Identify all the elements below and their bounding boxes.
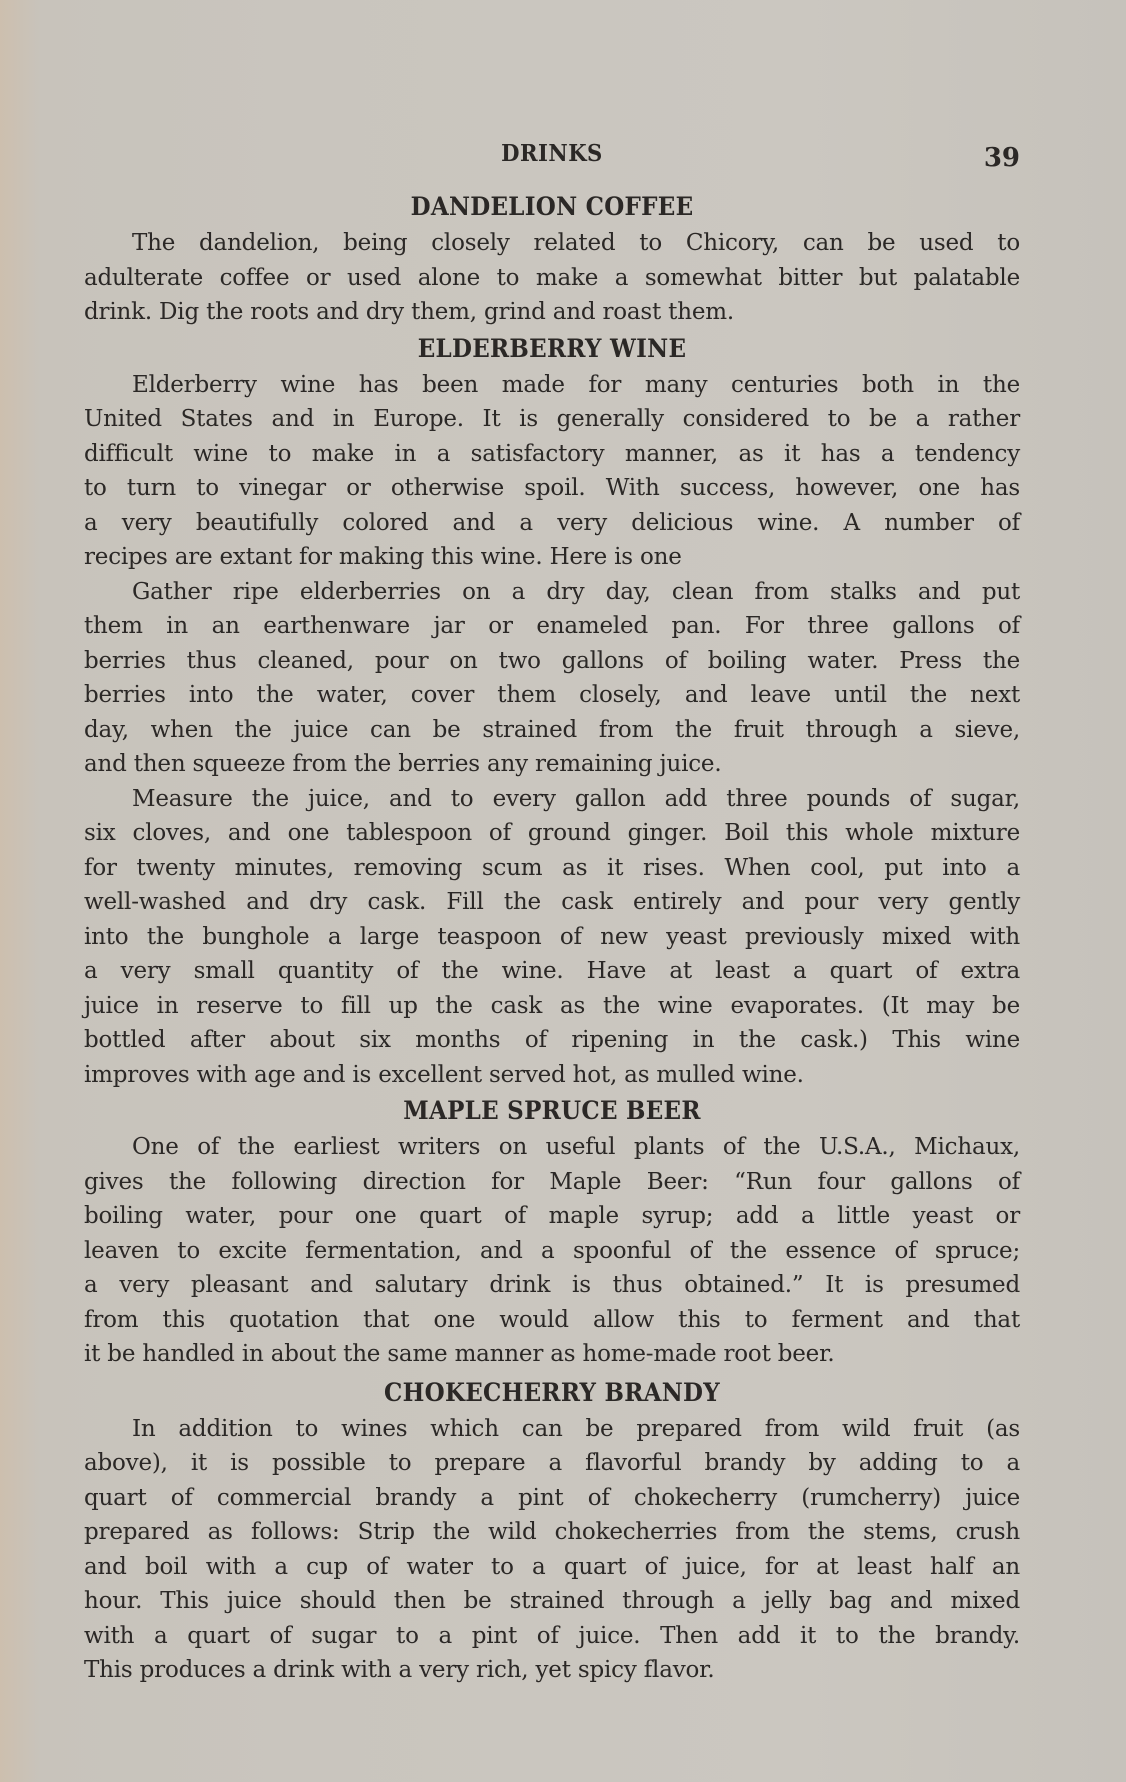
text-line: a very pleasant and salutary drink is th… — [84, 1268, 1020, 1303]
text-line: six cloves, and one tablespoon of ground… — [84, 816, 1020, 851]
paragraph: Gather ripe elderberries on a dry day, c… — [84, 575, 1020, 782]
text-line: quart of commercial brandy a pint of cho… — [84, 1481, 1020, 1516]
text-line: The dandelion, being closely related to … — [84, 226, 1020, 261]
text-line: gives the following direction for Maple … — [84, 1165, 1020, 1200]
text-line: Elderberry wine has been made for many c… — [84, 368, 1020, 403]
text-line: United States and in Europe. It is gener… — [84, 402, 1020, 437]
section-elderberry-wine: ELDERBERRY WINE Elderberry wine has been… — [84, 332, 1020, 1093]
paragraph: Measure the juice, and to every gallon a… — [84, 782, 1020, 1093]
text-line: to turn to vinegar or otherwise spoil. W… — [84, 471, 1020, 506]
text-line: and boil with a cup of water to a quart … — [84, 1550, 1020, 1585]
text-line: bottled after about six months of ripeni… — [84, 1023, 1020, 1058]
text-line: In addition to wines which can be prepar… — [84, 1412, 1020, 1447]
text-line: juice in reserve to fill up the cask as … — [84, 989, 1020, 1024]
text-line: for twenty minutes, removing scum as it … — [84, 851, 1020, 886]
text-line: well-washed and dry cask. Fill the cask … — [84, 885, 1020, 920]
section-title: MAPLE SPRUCE BEER — [121, 1094, 982, 1130]
section-maple-spruce-beer: MAPLE SPRUCE BEER One of the earliest wr… — [84, 1094, 1020, 1372]
text-line: it be handled in about the same manner a… — [84, 1337, 1020, 1372]
book-page: DRINKS 39 DANDELION COFFEE The dandelion… — [0, 0, 1126, 1782]
text-line: Measure the juice, and to every gallon a… — [84, 782, 1020, 817]
text-line: recipes are extant for making this wine.… — [84, 540, 1020, 575]
paragraph: Elderberry wine has been made for many c… — [84, 368, 1020, 575]
text-line: improves with age and is excellent serve… — [84, 1058, 1020, 1093]
page-number: 39 — [984, 143, 1020, 173]
section-dandelion-coffee: DANDELION COFFEE The dandelion, being cl… — [84, 190, 1020, 330]
text-line: day, when the juice can be strained from… — [84, 713, 1020, 748]
text-line: with a quart of sugar to a pint of juice… — [84, 1619, 1020, 1654]
text-line: above), it is possible to prepare a flav… — [84, 1446, 1020, 1481]
paragraph: In addition to wines which can be prepar… — [84, 1412, 1020, 1688]
paragraph: One of the earliest writers on useful pl… — [84, 1130, 1020, 1372]
text-line: berries into the water, cover them close… — [84, 678, 1020, 713]
text-line: a very beautifully colored and a very de… — [84, 506, 1020, 541]
text-line: hour. This juice should then be strained… — [84, 1584, 1020, 1619]
section-title: CHOKECHERRY BRANDY — [121, 1376, 982, 1412]
text-line: adulterate coffee or used alone to make … — [84, 261, 1020, 296]
text-line: them in an earthenware jar or enameled p… — [84, 609, 1020, 644]
running-header: DRINKS 39 — [84, 140, 1020, 174]
section-title: DANDELION COFFEE — [121, 190, 982, 226]
text-line: into the bunghole a large teaspoon of ne… — [84, 920, 1020, 955]
page-content: DANDELION COFFEE The dandelion, being cl… — [84, 190, 1020, 1688]
text-line: leaven to excite fermentation, and a spo… — [84, 1234, 1020, 1269]
running-title: DRINKS — [121, 140, 982, 167]
text-line: Gather ripe elderberries on a dry day, c… — [84, 575, 1020, 610]
text-line: One of the earliest writers on useful pl… — [84, 1130, 1020, 1165]
text-line: berries thus cleaned, pour on two gallon… — [84, 644, 1020, 679]
text-line: and then squeeze from the berries any re… — [84, 747, 1020, 782]
text-line: difficult wine to make in a satisfactory… — [84, 437, 1020, 472]
text-line: prepared as follows: Strip the wild chok… — [84, 1515, 1020, 1550]
section-title: ELDERBERRY WINE — [121, 332, 982, 368]
text-line: from this quotation that one would allow… — [84, 1303, 1020, 1338]
text-line: drink. Dig the roots and dry them, grind… — [84, 295, 1020, 330]
text-line: This produces a drink with a very rich, … — [84, 1653, 1020, 1688]
text-line: boiling water, pour one quart of maple s… — [84, 1199, 1020, 1234]
text-line: a very small quantity of the wine. Have … — [84, 954, 1020, 989]
section-chokecherry-brandy: CHOKECHERRY BRANDY In addition to wines … — [84, 1376, 1020, 1688]
paragraph: The dandelion, being closely related to … — [84, 226, 1020, 330]
